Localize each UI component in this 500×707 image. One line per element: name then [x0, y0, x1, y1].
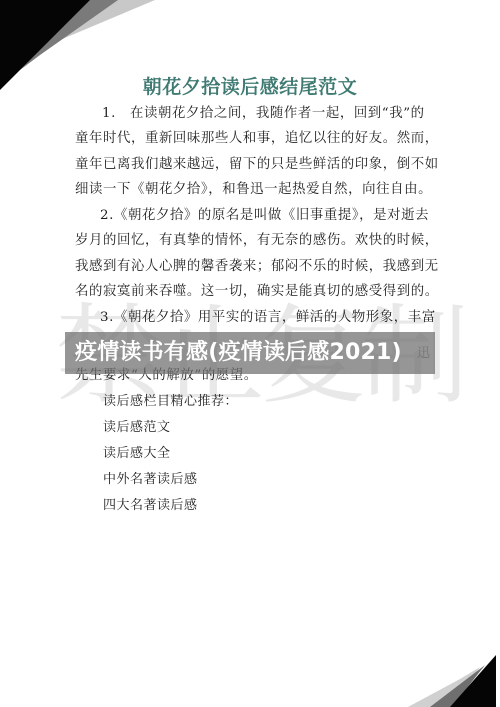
recommend-link[interactable]: 读后感范文 [103, 420, 171, 436]
paragraph-line: 名的寂寞前来吞噬。这一切，确实是能真切的感受得到的。 [75, 284, 435, 300]
paragraph-line: 童年时代，重新回味那些人和事，追忆以往的好友。然而， [75, 131, 435, 147]
recommend-link[interactable]: 四大名著读后感 [103, 498, 198, 514]
paragraph-line: 岁月的回忆，有真挚的情怀，有无奈的感伤。欢快的时候， [75, 233, 435, 249]
paragraph-line: 细读一下《朝花夕拾》，和鲁迅一起热爱自然，向往自由。 [75, 182, 435, 198]
paragraph-line: 1. 在读朝花夕拾之间，我随作者一起，回到“我”的 [102, 106, 437, 122]
banner-title: 疫情读书有感(疫情读后感2021) [75, 338, 402, 368]
paragraph-line: 我感到有沁人心脾的馨香袭来；郁闷不乐的时候，我感到无 [75, 259, 435, 275]
corner-decoration-bottom-right [390, 637, 500, 707]
paragraph-line: 3.《朝花夕拾》用平实的语言，鲜活的人物形象，丰富 [100, 310, 435, 326]
recommend-link[interactable]: 读后感大全 [103, 446, 171, 462]
paragraph-line: 童年已离我们越来越远，留下的只是些鲜活的印象，倒不如 [75, 157, 435, 173]
document-page: 禁 止 复 制 朝花夕拾读后感结尾范文 1. 在读朝花夕拾之间，我随作者一起，回… [0, 0, 500, 707]
recommend-header: 读后感栏目精心推荐： [103, 394, 238, 410]
recommend-link[interactable]: 中外名著读后感 [103, 472, 198, 488]
title-banner: 疫情读书有感(疫情读后感2021) [65, 332, 435, 374]
paragraph-line: 2.《朝花夕拾》的原名是叫做《旧事重提》，是对逝去 [100, 208, 435, 224]
document-title: 朝花夕拾读后感结尾范文 [0, 72, 500, 99]
